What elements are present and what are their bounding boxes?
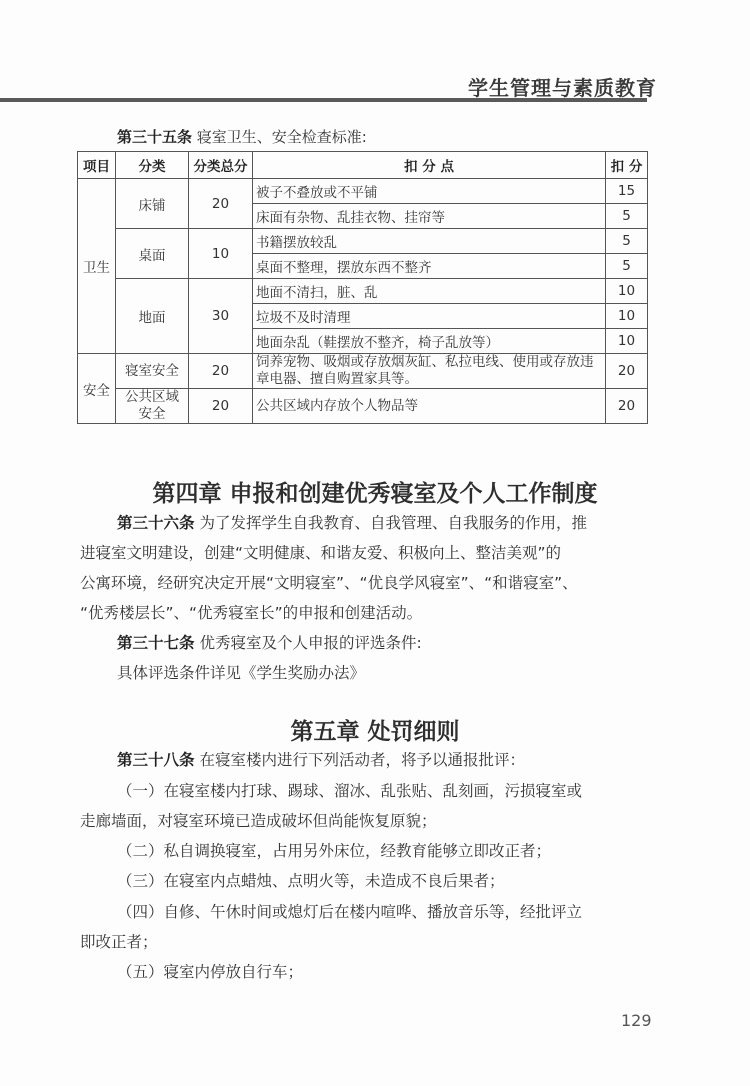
article-38-item-5: （五）寝室内停放自行车； [117, 957, 303, 987]
article-38-item-4-line-2: 即改正者； [80, 927, 158, 957]
total-cell: 30 [189, 279, 253, 354]
deduct-cell: 10 [606, 329, 648, 354]
article-38-item-1-line-1: （一）在寝室楼内打球、踢球、溜冰、乱张贴、乱刻画，污损寝室或 [117, 776, 582, 806]
article-36-line-4: “优秀楼层长”、“优秀寝室长”的申报和创建活动。 [80, 598, 422, 628]
deduct-cell: 20 [606, 389, 648, 424]
desc-cell: 书籍摆放较乱 [253, 229, 606, 254]
desc-cell: 桌面不整理，摆放东西不整齐 [253, 254, 606, 279]
article-37-heading: 第三十七条 优秀寝室及个人申报的评选条件: [117, 628, 422, 658]
desc-cell: 饲养宠物、吸烟或存放烟灰缸、私拉电线、使用或存放违章电器、擅自购置家具等。 [253, 354, 606, 389]
table-row: 安全 寝室安全 20 饲养宠物、吸烟或存放烟灰缸、私拉电线、使用或存放违章电器、… [78, 354, 648, 389]
article-text: 在寝室楼内进行下列活动者，将予以通报批评： [195, 751, 525, 769]
total-cell: 20 [189, 179, 253, 229]
article-36-line-2: 进寝室文明建设，创建“文明健康、和谐友爱、积极向上、整洁美观”的 [80, 538, 561, 568]
category-cell: 桌面 [116, 229, 189, 279]
col-header-category-total: 分类总分 [189, 152, 253, 179]
deduct-cell: 15 [606, 179, 648, 204]
desc-cell: 垃圾不及时清理 [253, 304, 606, 329]
table-header-row: 项目 分类 分类总分 扣 分 点 扣 分 [78, 152, 648, 179]
col-header-item: 项目 [78, 152, 116, 179]
inspection-standards-table: 项目 分类 分类总分 扣 分 点 扣 分 卫生 床铺 20 被子不叠放或不平铺 … [77, 151, 648, 424]
desc-cell: 地面不清扫，脏、乱 [253, 279, 606, 304]
total-cell: 10 [189, 229, 253, 279]
deduct-cell: 5 [606, 254, 648, 279]
article-label: 第三十八条 [117, 751, 195, 769]
article-label: 第三十七条 [117, 634, 195, 652]
col-header-deduction: 扣 分 [606, 152, 648, 179]
category-cell: 地面 [116, 279, 189, 354]
article-37-detail: 具体评选条件详见《学生奖励办法》 [117, 658, 365, 688]
article-36-line-3: 公寓环境，经研究决定开展“文明寝室”、“优良学风寝室”、“和谐寝室”、 [80, 568, 578, 598]
article-38-item-3: （三）在寝室内点蜡烛、点明火等，未造成不良后果者； [117, 866, 505, 896]
desc-cell: 地面杂乱（鞋摆放不整齐，椅子乱放等） [253, 329, 606, 354]
col-header-deduction-points: 扣 分 点 [253, 152, 606, 179]
desc-cell: 公共区域内存放个人物品等 [253, 389, 606, 424]
category-cell: 寝室安全 [116, 354, 189, 389]
article-35-heading: 第三十五条 寝室卫生、安全检查标准: [117, 127, 367, 147]
article-36-line-1: 第三十六条 为了发挥学生自我教育、自我管理、自我服务的作用，推 [117, 508, 587, 538]
category-cell: 床铺 [116, 179, 189, 229]
deduct-cell: 5 [606, 204, 648, 229]
item-cell: 卫生 [78, 179, 116, 354]
col-header-category: 分类 [116, 152, 189, 179]
chapter-5-title: 第五章 处罚细则 [0, 713, 750, 746]
article-38-heading: 第三十八条 在寝室楼内进行下列活动者，将予以通报批评： [117, 745, 525, 775]
deduct-cell: 5 [606, 229, 648, 254]
article-label: 第三十五条 [117, 128, 192, 146]
total-cell: 20 [189, 354, 253, 389]
page-number: 129 [621, 1011, 652, 1030]
table-row: 卫生 床铺 20 被子不叠放或不平铺 15 [78, 179, 648, 204]
table-row: 地面 30 地面不清扫，脏、乱 10 [78, 279, 648, 304]
deduct-cell: 10 [606, 304, 648, 329]
running-header-title: 学生管理与素质教育 [468, 72, 657, 101]
article-text: 优秀寝室及个人申报的评选条件: [195, 634, 422, 652]
article-label: 第三十六条 [117, 514, 195, 532]
header-rule [0, 98, 647, 102]
table-row: 桌面 10 书籍摆放较乱 5 [78, 229, 648, 254]
deduct-cell: 10 [606, 279, 648, 304]
article-text: 寝室卫生、安全检查标准: [192, 128, 367, 146]
item-cell: 安全 [78, 354, 116, 424]
article-38-item-2: （二）私自调换寝室，占用另外床位，经教育能够立即改正者； [117, 836, 551, 866]
category-cell: 公共区域安全 [116, 389, 189, 424]
chapter-4-title: 第四章 申报和创建优秀寝室及个人工作制度 [0, 475, 750, 508]
deduct-cell: 20 [606, 354, 648, 389]
article-38-item-1-line-2: 走廊墙面，对寝室环境已造成破坏但尚能恢复原貌； [80, 806, 437, 836]
desc-cell: 被子不叠放或不平铺 [253, 179, 606, 204]
table-row: 公共区域安全 20 公共区域内存放个人物品等 20 [78, 389, 648, 424]
article-text: 为了发挥学生自我教育、自我管理、自我服务的作用，推 [195, 514, 587, 532]
desc-cell: 床面有杂物、乱挂衣物、挂帘等 [253, 204, 606, 229]
total-cell: 20 [189, 389, 253, 424]
article-38-item-4-line-1: （四）自修、午休时间或熄灯后在楼内喧哗、播放音乐等，经批评立 [117, 897, 582, 927]
